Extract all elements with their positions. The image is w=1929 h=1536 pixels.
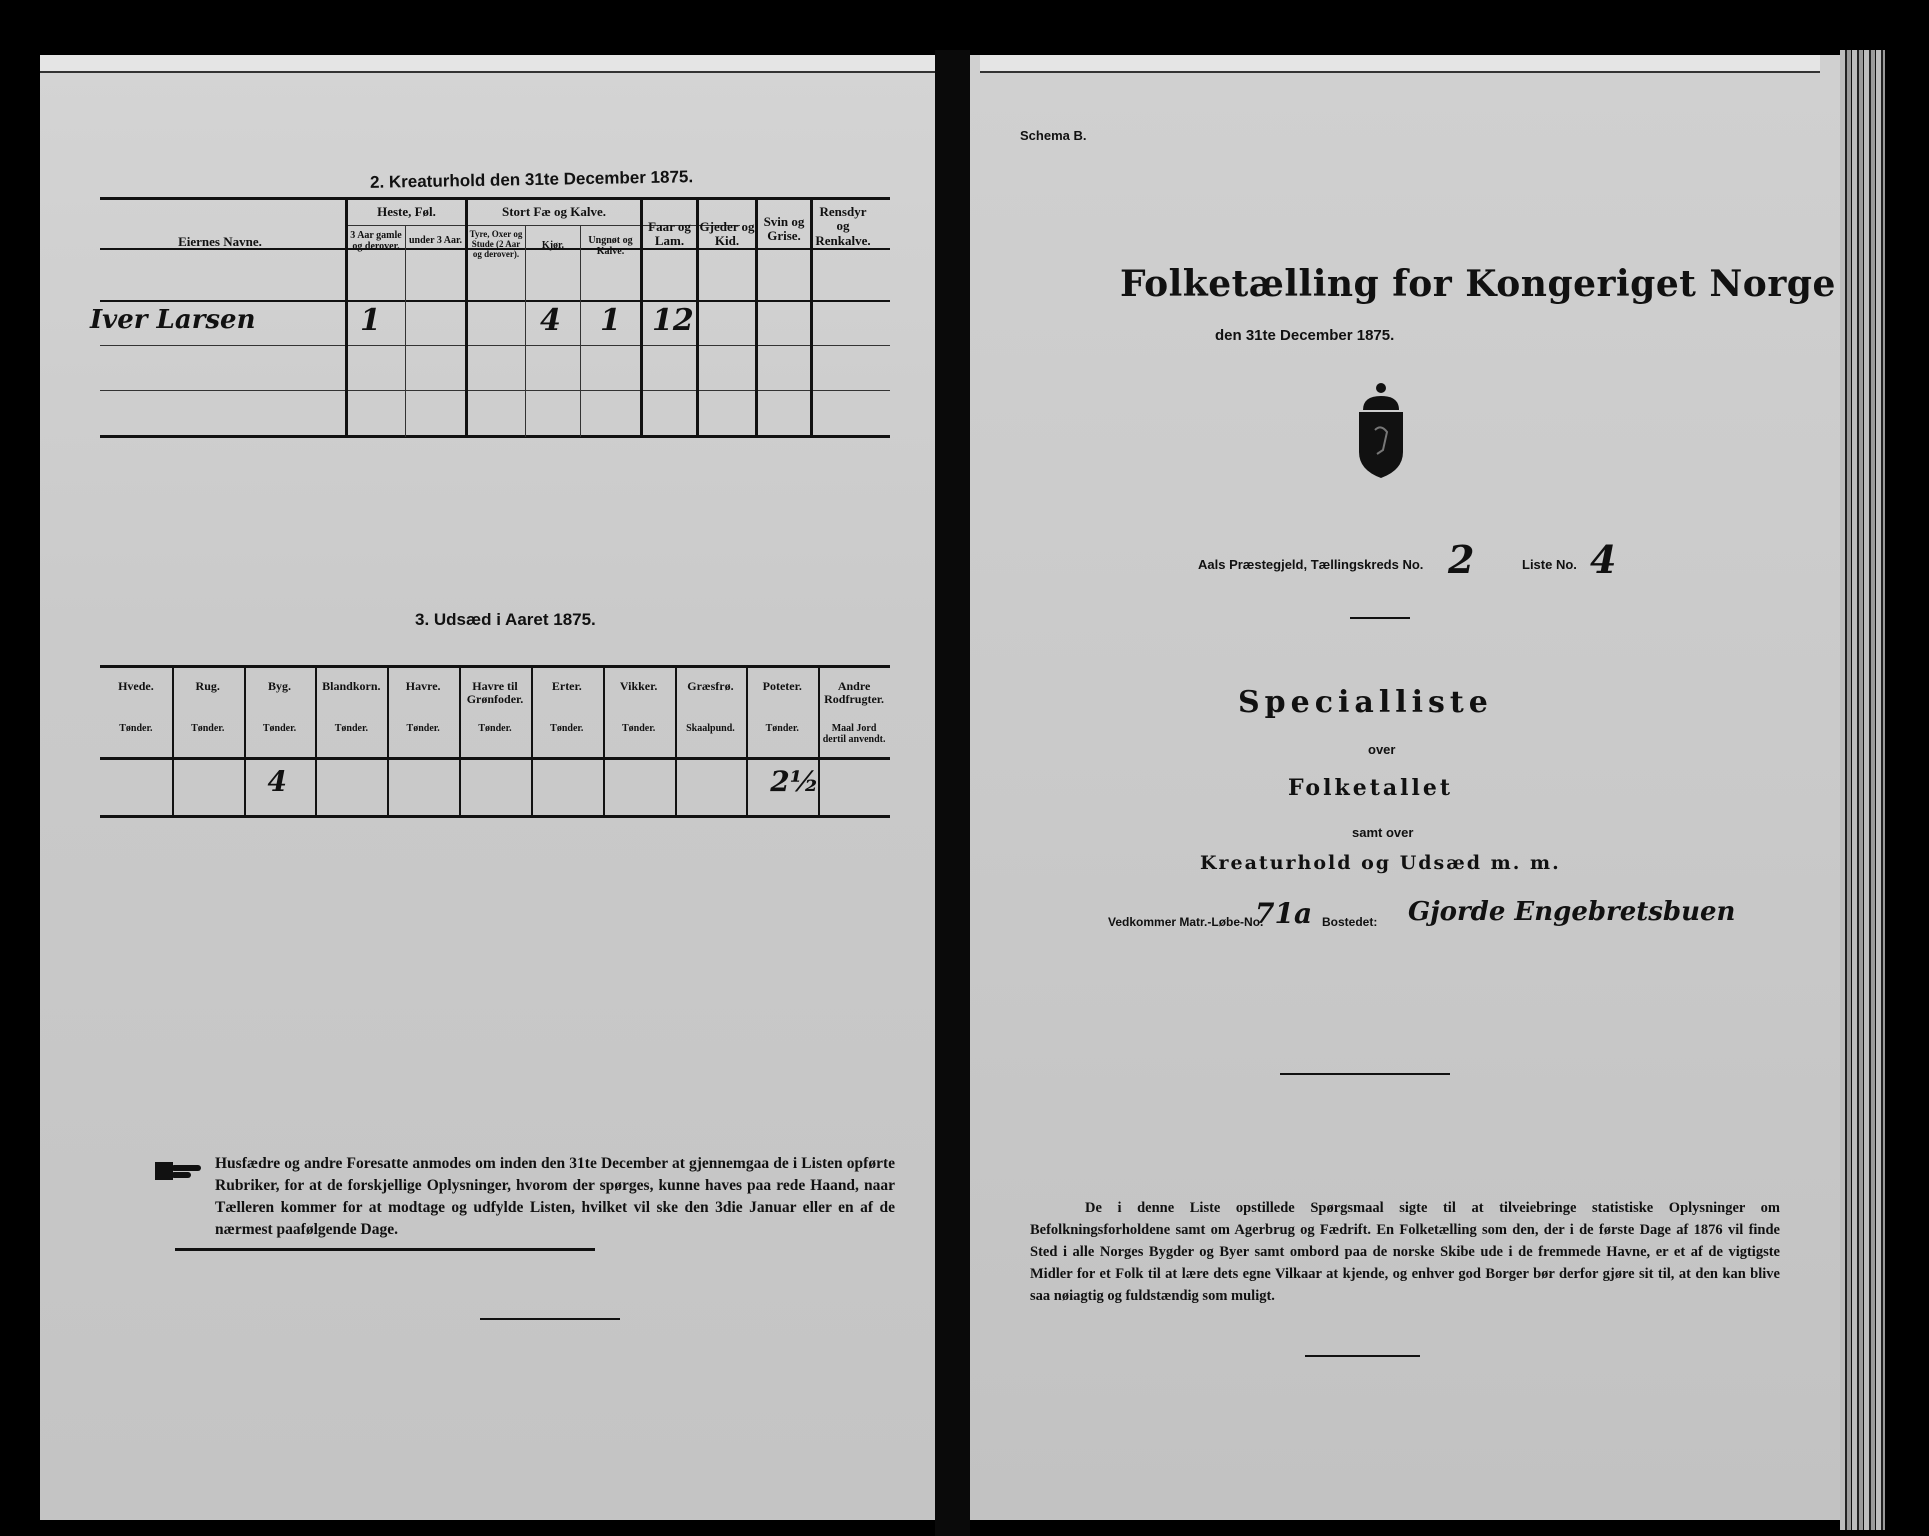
- rule: [1305, 1355, 1420, 1357]
- rule: [1280, 1073, 1450, 1075]
- bostedet-value: Gjorde Engebretsbuen: [1408, 897, 1735, 927]
- udsaed-unit: Tønder.: [533, 723, 601, 734]
- kreaturhold-heading: Kreaturhold og Udsæd m. m.: [1200, 852, 1561, 874]
- column-divider: [405, 225, 406, 437]
- rule: [100, 435, 890, 438]
- notice-text: Husfædre og andre Foresatte anmodes om i…: [215, 1153, 895, 1241]
- district-label: Aals Præstegjeld, Tællingskreds No.: [1198, 557, 1423, 572]
- column-divider: [525, 225, 526, 437]
- header-cattle: Stort Fæ og Kalve.: [468, 205, 640, 219]
- bostedet-label: Bostedet:: [1322, 915, 1377, 929]
- header-young-calves: Ungnøt og Kalve.: [581, 235, 640, 257]
- page-top-edge: [40, 55, 935, 73]
- udsaed-header: Hvede.: [102, 680, 170, 693]
- section2-title: 2. Kreaturhold den 31te December 1875.: [370, 167, 693, 193]
- value-sheep: 12: [652, 303, 694, 338]
- udsaed-unit: Tønder.: [389, 723, 457, 734]
- udsaed-unit: Tønder.: [174, 723, 242, 734]
- udsaed-header: Blandkorn.: [317, 680, 385, 693]
- udsaed-header: Græsfrø.: [677, 680, 745, 693]
- list-value: 4: [1590, 537, 1616, 582]
- matr-label: Vedkommer Matr.-Løbe-No.: [1108, 915, 1263, 929]
- header-horses-3plus: 3 Aar gamle og derover.: [347, 230, 405, 252]
- rule: [175, 1248, 595, 1251]
- rule: [100, 665, 890, 668]
- folketallet-heading: Folketallet: [1288, 775, 1453, 801]
- section3-title: 3. Udsæd i Aaret 1875.: [415, 610, 596, 630]
- rule: [100, 300, 890, 302]
- rule: [480, 1318, 620, 1320]
- udsaed-value: 2½: [770, 765, 819, 798]
- header-reindeer: Rensdyr og Renkalve.: [813, 205, 873, 248]
- udsaed-header: Havre til Grønfoder.: [461, 680, 529, 706]
- value-young-calves: 1: [600, 303, 621, 338]
- udsaed-unit: Skaalpund.: [677, 723, 745, 734]
- udsaed-unit: Tønder.: [317, 723, 385, 734]
- header-pigs: Svin og Grise.: [758, 215, 810, 244]
- header-horses: Heste, Føl.: [348, 205, 465, 219]
- udsaed-unit: Tønder.: [605, 723, 673, 734]
- udsaed-header: Poteter.: [748, 680, 816, 693]
- udsaed-unit: Tønder.: [748, 723, 816, 734]
- pointing-hand-icon: [155, 1160, 205, 1182]
- owner-name: Iver Larsen: [90, 305, 255, 335]
- rule: [100, 345, 890, 346]
- udsaed-unit: Tønder.: [246, 723, 314, 734]
- left-page: 2. Kreaturhold den 31te December 1875. E…: [40, 55, 935, 1520]
- rule: [100, 815, 890, 818]
- rule: [1350, 617, 1410, 619]
- value-cows: 4: [540, 303, 561, 338]
- book-gutter: [935, 50, 970, 1536]
- schema-label: Schema B.: [1020, 128, 1086, 143]
- udsaed-header: Byg.: [246, 680, 314, 693]
- udsaed-unit: Maal Jord dertil anvendt.: [820, 723, 888, 745]
- value-horses-3plus: 1: [360, 303, 381, 338]
- matr-value: 71a: [1255, 897, 1312, 930]
- udsaed-header: Erter.: [533, 680, 601, 693]
- header-sheep: Faar og Lam.: [643, 220, 696, 249]
- udsaed-value: 4: [268, 765, 287, 798]
- specialliste-heading: Specialliste: [1238, 685, 1493, 720]
- document-title: Folketælling for Kongeriget Norge: [1120, 263, 1836, 305]
- udsaed-header: Rug.: [174, 680, 242, 693]
- coat-of-arms-icon: [1355, 380, 1407, 484]
- page-stack-edges: [1840, 50, 1885, 1530]
- header-goats: Gjeder og Kid.: [699, 220, 755, 249]
- over-label: over: [1368, 742, 1395, 757]
- samt-over-label: samt over: [1352, 825, 1413, 840]
- rule: [100, 390, 890, 391]
- list-label: Liste No.: [1522, 557, 1577, 572]
- intro-paragraph: De i denne Liste opstillede Spørgsmaal s…: [1030, 1197, 1780, 1307]
- header-owner: Eiernes Navne.: [120, 235, 320, 249]
- udsaed-header: Havre.: [389, 680, 457, 693]
- udsaed-unit: Tønder.: [102, 723, 170, 734]
- udsaed-unit: Tønder.: [461, 723, 529, 734]
- right-page: Schema B. Folketælling for Kongeriget No…: [970, 55, 1840, 1520]
- header-horses-under3: under 3 Aar.: [406, 235, 465, 246]
- header-bulls: Tyre, Oxer og Stude (2 Aar og derover).: [467, 230, 525, 260]
- page-top-edge: [980, 55, 1820, 73]
- document-subtitle: den 31te December 1875.: [1215, 327, 1394, 344]
- udsaed-header: Vikker.: [605, 680, 673, 693]
- header-cows: Kjør.: [526, 240, 580, 251]
- district-value: 2: [1448, 537, 1474, 582]
- rule: [100, 197, 890, 200]
- udsaed-header: Andre Rodfrugter.: [820, 680, 888, 706]
- rule: [100, 757, 890, 760]
